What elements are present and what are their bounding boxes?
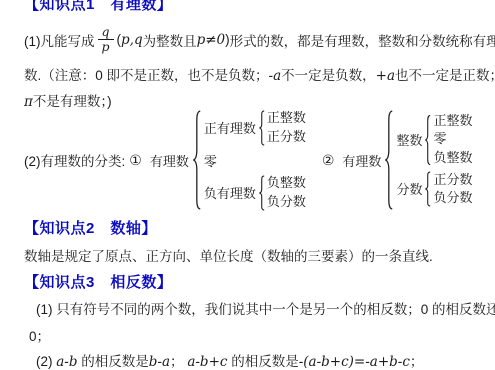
tree1-positive-brace-icon <box>257 110 266 146</box>
tree1-zero-label: 零 <box>204 151 217 170</box>
tree1-zero-item: 零 <box>204 151 306 170</box>
tree1-outer-brace-icon <box>190 108 203 212</box>
tree-leaf: 正整数 <box>433 113 472 129</box>
tree2-outer-brace-icon <box>382 108 395 212</box>
tree-leaf: 负分数 <box>267 194 306 210</box>
tree-leaf: 负整数 <box>433 150 472 166</box>
kp3-title: 【知识点3 相反数】 <box>24 271 172 292</box>
tree2-integer-children: 正整数 零 负整数 <box>433 113 472 166</box>
math-pos-a: +a <box>376 68 395 84</box>
tree1-positive-branch: 正有理数 正整数 正分数 <box>204 110 306 146</box>
kp1-line1-prefix: (1)凡能写成 <box>24 30 95 50</box>
kp1-title: 【知识点1 有理数】 <box>24 0 172 14</box>
tree1-negative-branch: 负有理数 负整数 负分数 <box>204 175 306 211</box>
math-neg-a: -a <box>269 68 282 84</box>
kp3-line1: (1) 只有符号不同的两个数，我们说其中一个是另一个的相反数；0 的相反数还是 <box>36 298 495 318</box>
tree1-root: 有理数 <box>150 151 189 170</box>
math-b-minus-a: b-a <box>149 354 170 370</box>
tree2-fraction-children: 正分数 负分数 <box>433 172 472 207</box>
document-page: 【知识点1 有理数】 (1)凡能写成 q p (p,q为整数且p≠0) 形式的数… <box>0 0 495 370</box>
paren-mid-text: 为整数且 <box>143 30 197 50</box>
rational-classification: (2)有理数的分类: ① 有理数 正有理数 正整数 正分数 零 负有理数 <box>24 106 472 214</box>
math-vars-pq: p,q <box>121 32 143 48</box>
tree-leaf: 零 <box>433 131 472 147</box>
tree1-negative-brace-icon <box>257 175 266 211</box>
tree2-fraction-branch: 分数 正分数 负分数 <box>396 171 472 207</box>
tree2-integer-label: 整数 <box>396 130 422 149</box>
kp3-line3-seg1: (2) <box>36 354 56 369</box>
kp2-definition-line: 数轴是规定了原点、正方向、单位长度（数轴的三要素）的一条直线. <box>24 245 433 265</box>
tree2-integer-brace-icon <box>423 114 432 166</box>
fraction-numerator: q <box>98 25 114 40</box>
kp3-line2: 0； <box>29 325 50 345</box>
tree1-negative-label: 负有理数 <box>204 183 256 202</box>
math-a-minus-b: a-b <box>56 354 77 370</box>
kp1-line2-seg2: 不一定是负数， <box>281 68 376 83</box>
math-a-minus-b-plus-c: a-b+c <box>187 354 227 370</box>
tree2-root: 有理数 <box>342 151 381 170</box>
kp2-title: 【知识点2 数轴】 <box>24 217 157 238</box>
tree-leaf: 正分数 <box>433 172 472 188</box>
kp3-line3: (2) a-b 的相反数是b-a； a-b+c 的相反数是-(a-b+c)=-a… <box>36 350 423 370</box>
circled-two-marker: ② <box>322 152 335 169</box>
classify-label: (2)有理数的分类: <box>24 150 125 170</box>
kp3-line3-seg4: 的相反数是 <box>227 354 298 369</box>
tree2-branches: 整数 正整数 零 负整数 分数 正分数 负分数 <box>396 113 472 207</box>
kp1-line1-suffix: 形式的数，都是有理数，整数和分数统称有理 <box>230 30 495 50</box>
kp3-line3-seg3: ； <box>170 354 187 369</box>
kp1-line2-seg1: 数.（注意：0 即不是正数，也不是负数； <box>24 68 269 83</box>
tree1-positive-children: 正整数 正分数 <box>267 110 306 145</box>
tree-leaf: 正分数 <box>267 129 306 145</box>
tree1-branches: 正有理数 正整数 正分数 零 负有理数 负整数 负分数 <box>204 110 306 211</box>
circled-one-marker: ① <box>129 152 142 169</box>
kp1-definition-line: (1)凡能写成 q p (p,q为整数且p≠0) 形式的数，都是有理数，整数和分… <box>24 25 495 55</box>
math-cond-p-nonzero: p≠0 <box>197 32 226 48</box>
kp1-note-line: 数.（注意：0 即不是正数，也不是负数；-a不一定是负数，+a也不一定是正数； <box>24 64 495 84</box>
tree2-fraction-label: 分数 <box>396 179 422 198</box>
tree-leaf: 负整数 <box>267 175 306 191</box>
kp3-line3-seg5: ； <box>410 354 424 369</box>
tree1-negative-children: 负整数 负分数 <box>267 175 306 210</box>
fraction-q-over-p: q p <box>98 25 114 55</box>
tree2-integer-branch: 整数 正整数 零 负整数 <box>396 113 472 166</box>
tree1-positive-label: 正有理数 <box>204 118 256 137</box>
kp3-line3-seg2: 的相反数是 <box>78 354 149 369</box>
kp1-line2-seg3: 也不一定是正数； <box>395 68 495 83</box>
tree-leaf: 负分数 <box>433 190 472 206</box>
tree-leaf: 正整数 <box>267 110 306 126</box>
tree2-fraction-brace-icon <box>423 171 432 207</box>
math-opposite-expression: -(a-b+c)=-a+b-c <box>299 354 410 370</box>
fraction-denominator: p <box>98 40 114 54</box>
